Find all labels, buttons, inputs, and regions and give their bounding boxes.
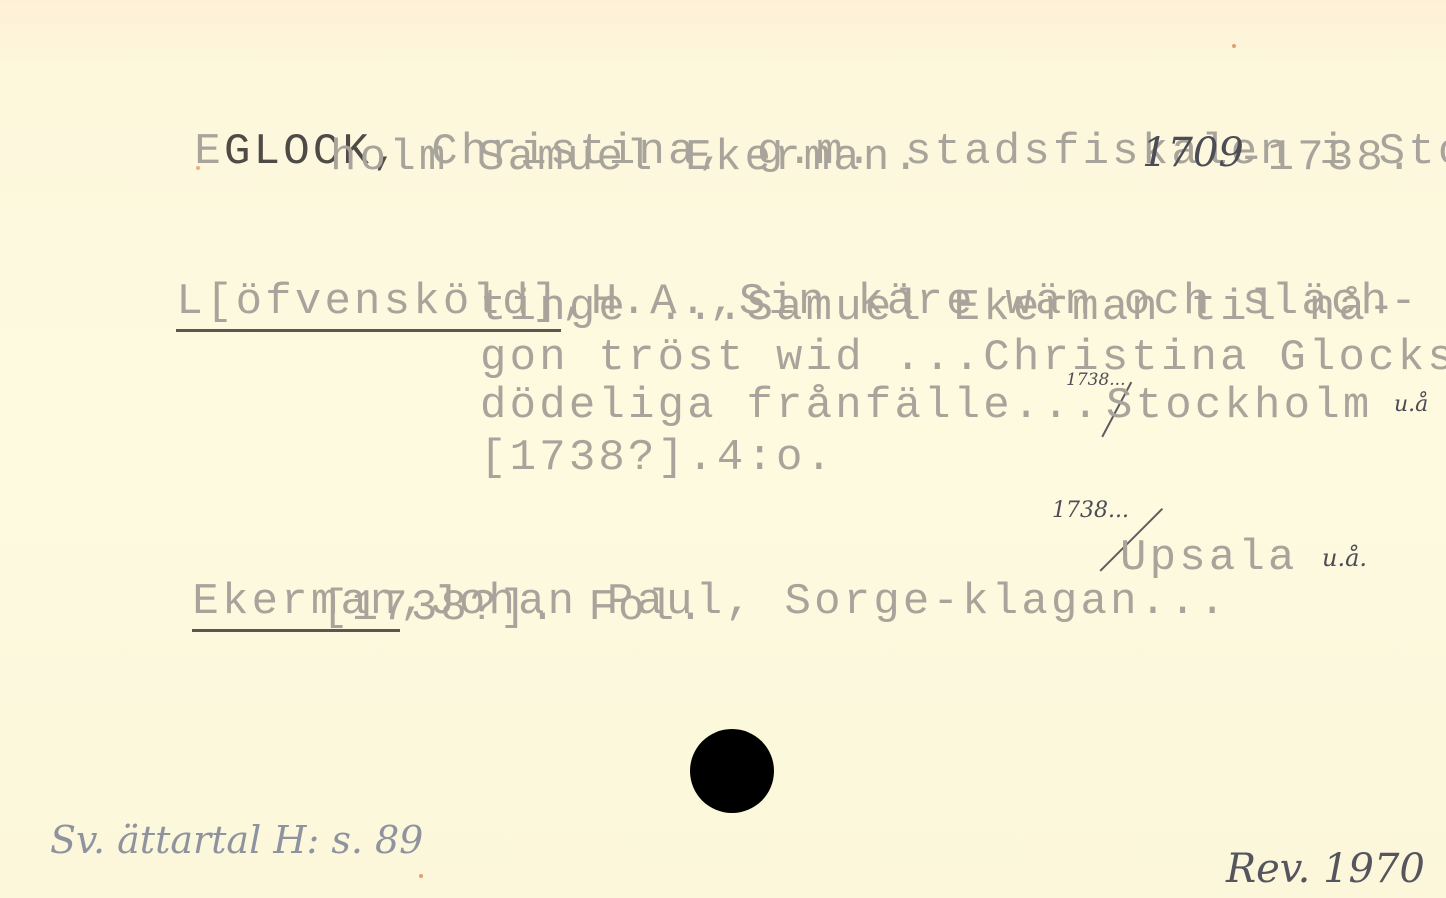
entry3-line2: [1738?]. Fol. [322, 586, 707, 630]
footer-revision-note: Rev. 1970 [1226, 846, 1425, 892]
entry2-line3: gon tröst wid ...Christina Glocks [480, 336, 1446, 380]
entry1-line2: holm Samuel Ekerman. [330, 136, 922, 180]
entry3-imprint-place: Upsala [1120, 536, 1298, 580]
entry2-handwritten-suffix: u.å [1394, 392, 1428, 417]
punch-hole [690, 729, 774, 813]
entry3-handwritten-note: 1738... [1052, 498, 1129, 523]
entry1-handwritten-year: 1709 [1142, 130, 1244, 176]
catalog-card: EGLOCK, Christina, g.m. stadsfiskalen i … [0, 0, 1446, 898]
footer-pencil-note: Sv. ättartal H: s. 89 [50, 818, 423, 862]
paper-speck [419, 874, 423, 878]
entry1-typed-year: -1738. [1238, 136, 1416, 180]
entry3-handwritten-suffix: u.å. [1322, 544, 1367, 572]
paper-speck [1232, 44, 1236, 48]
entry2-line5: [1738?].4:o. [480, 436, 835, 480]
entry2-imprint-place: Stockholm [1106, 384, 1372, 428]
paper-speck [196, 166, 200, 170]
entry2-line4: dödeliga frånfälle... [480, 384, 1102, 428]
entry2-line2: tinge ...Samuel Ekerman til nå- [480, 286, 1398, 330]
